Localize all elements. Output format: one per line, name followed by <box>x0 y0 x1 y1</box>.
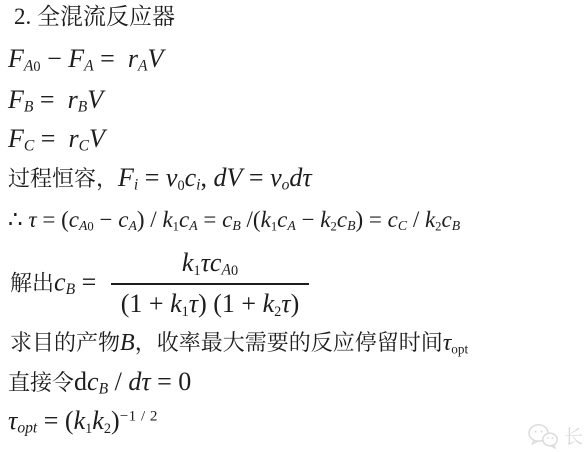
math-token: V <box>87 85 103 114</box>
math-token: C <box>24 137 34 154</box>
wechat-icon <box>527 423 559 449</box>
math-token: k <box>425 207 435 232</box>
math-token: B <box>120 330 135 356</box>
math-token: V <box>148 44 164 73</box>
math-token: A <box>84 57 94 74</box>
math-token: ) (1 + <box>198 289 262 318</box>
math-token: B <box>78 98 88 115</box>
math-token: = <box>94 44 128 73</box>
math-token: c <box>388 207 398 232</box>
math-token: = <box>33 85 67 114</box>
math-token: τ <box>443 330 452 356</box>
math-token: A <box>24 57 34 74</box>
math-token: c <box>185 163 197 192</box>
math-token: k <box>162 207 172 232</box>
math-token: c <box>179 207 189 232</box>
math-token: F <box>8 124 24 153</box>
math-token: = <box>198 207 222 232</box>
formula-space-time: ∴ τ = (cA0 − cA) / k1cA = cB /(k1cA − k2… <box>8 207 460 234</box>
math-token: ，收率最大需要的反应停留时间 <box>135 330 443 355</box>
formula-molar-balance-c: FC = rCV <box>8 124 105 155</box>
math-token: F <box>8 85 24 114</box>
formula-derivative-zero: 直接令dcB / dτ = 0 <box>8 367 191 398</box>
math-token: ∴ <box>8 207 28 232</box>
math-token: A <box>189 218 197 233</box>
math-token: k <box>74 406 86 435</box>
math-token: v <box>166 163 178 192</box>
math-token: − <box>94 207 118 232</box>
math-token: dτ <box>289 163 311 192</box>
math-token: opt <box>17 419 37 436</box>
math-token: 解出 <box>10 270 54 295</box>
math-token: C <box>398 218 407 233</box>
math-token: ) = <box>356 207 388 232</box>
math-token: = <box>138 163 166 192</box>
math-token: − <box>296 207 320 232</box>
math-token: ) <box>291 289 300 318</box>
math-token: c <box>337 207 347 232</box>
math-token: d <box>74 367 87 396</box>
line-max-yield: 求目的产物B，收率最大需要的反应停留时间τopt <box>10 330 468 358</box>
math-token: (1 + <box>121 289 170 318</box>
math-token: B <box>347 218 355 233</box>
math-token: = <box>242 163 270 192</box>
math-token: A <box>287 218 295 233</box>
formula-optimal-tau: τopt = (k1k2)−1 / 2 <box>8 406 158 437</box>
math-token: F <box>118 163 134 192</box>
math-token: v <box>270 163 282 192</box>
math-token: τ <box>8 406 17 435</box>
math-token: / <box>108 367 128 396</box>
fraction-denominator: (1 + k1τ) (1 + k2τ) <box>111 283 310 320</box>
math-token: k <box>263 289 275 318</box>
section-heading: 2. 全混流反应器 <box>14 4 175 30</box>
math-token: k <box>92 406 104 435</box>
math-token: 1 <box>193 263 200 279</box>
math-token: = ( <box>37 406 73 435</box>
math-token: c <box>118 207 128 232</box>
math-token: V <box>89 124 105 153</box>
math-token: B <box>232 218 240 233</box>
math-token: B <box>24 98 34 115</box>
math-token: τ <box>189 289 198 318</box>
math-token: 1 <box>182 304 189 320</box>
math-token: B <box>66 281 76 298</box>
math-token: / <box>407 207 425 232</box>
math-token: 求目的产物 <box>10 330 120 355</box>
math-token: ) / <box>137 207 163 232</box>
math-token: c <box>87 367 99 396</box>
math-token: − <box>41 44 69 73</box>
math-token: = ( <box>37 207 69 232</box>
math-token: = 0 <box>151 367 192 396</box>
formula-solve-cb: 解出cB = k1τcA0(1 + k1τ) (1 + k2τ) <box>10 248 309 321</box>
line-constant-volume: 过程恒容，Fi = v0ci, dV = vodτ <box>8 163 312 194</box>
math-token: A <box>138 57 148 74</box>
math-token: r <box>68 85 78 114</box>
math-token: r <box>128 44 138 73</box>
math-token: dτ <box>128 367 150 396</box>
math-token: τ <box>281 289 290 318</box>
fraction: k1τcA0(1 + k1τ) (1 + k2τ) <box>111 248 310 321</box>
math-token: k <box>170 289 182 318</box>
math-token: c <box>54 267 66 296</box>
math-token: F <box>8 44 24 73</box>
math-token: c <box>442 207 452 232</box>
math-token: 0 <box>33 59 40 75</box>
math-token: r <box>68 124 78 153</box>
math-token: k <box>261 207 271 232</box>
math-token: /( <box>241 207 261 232</box>
math-token: A <box>221 261 231 278</box>
math-token: = <box>34 124 68 153</box>
math-token: A <box>128 218 136 233</box>
math-token: 直接令 <box>8 370 74 395</box>
math-token: τ <box>28 207 36 232</box>
watermark-text: 长 <box>564 422 583 449</box>
math-token: C <box>79 137 89 154</box>
formula-molar-balance-b: FB = rBV <box>8 85 103 116</box>
watermark: 长 <box>527 422 583 449</box>
math-token: 0 <box>231 263 238 279</box>
math-token: opt <box>451 342 468 357</box>
math-token: B <box>99 380 109 397</box>
math-token: 2 <box>104 421 111 437</box>
math-token: 过程恒容， <box>8 166 118 191</box>
formula-molar-balance-a: FA0 − FA = rAV <box>8 44 163 75</box>
math-token: ) <box>111 406 120 435</box>
math-token: F <box>68 44 84 73</box>
math-token: τc <box>201 248 222 277</box>
math-token: c <box>277 207 287 232</box>
math-token: 0 <box>177 178 184 194</box>
math-token: k <box>182 248 194 277</box>
math-token: dV <box>214 163 243 192</box>
math-token: c <box>222 207 232 232</box>
math-token: = <box>75 267 103 296</box>
math-token: k <box>320 207 330 232</box>
math-token: c <box>69 207 79 232</box>
math-token: B <box>452 218 460 233</box>
math-token: −1 / 2 <box>120 409 158 425</box>
math-token: , <box>201 163 214 192</box>
fraction-numerator: k1τcA0 <box>111 248 310 283</box>
